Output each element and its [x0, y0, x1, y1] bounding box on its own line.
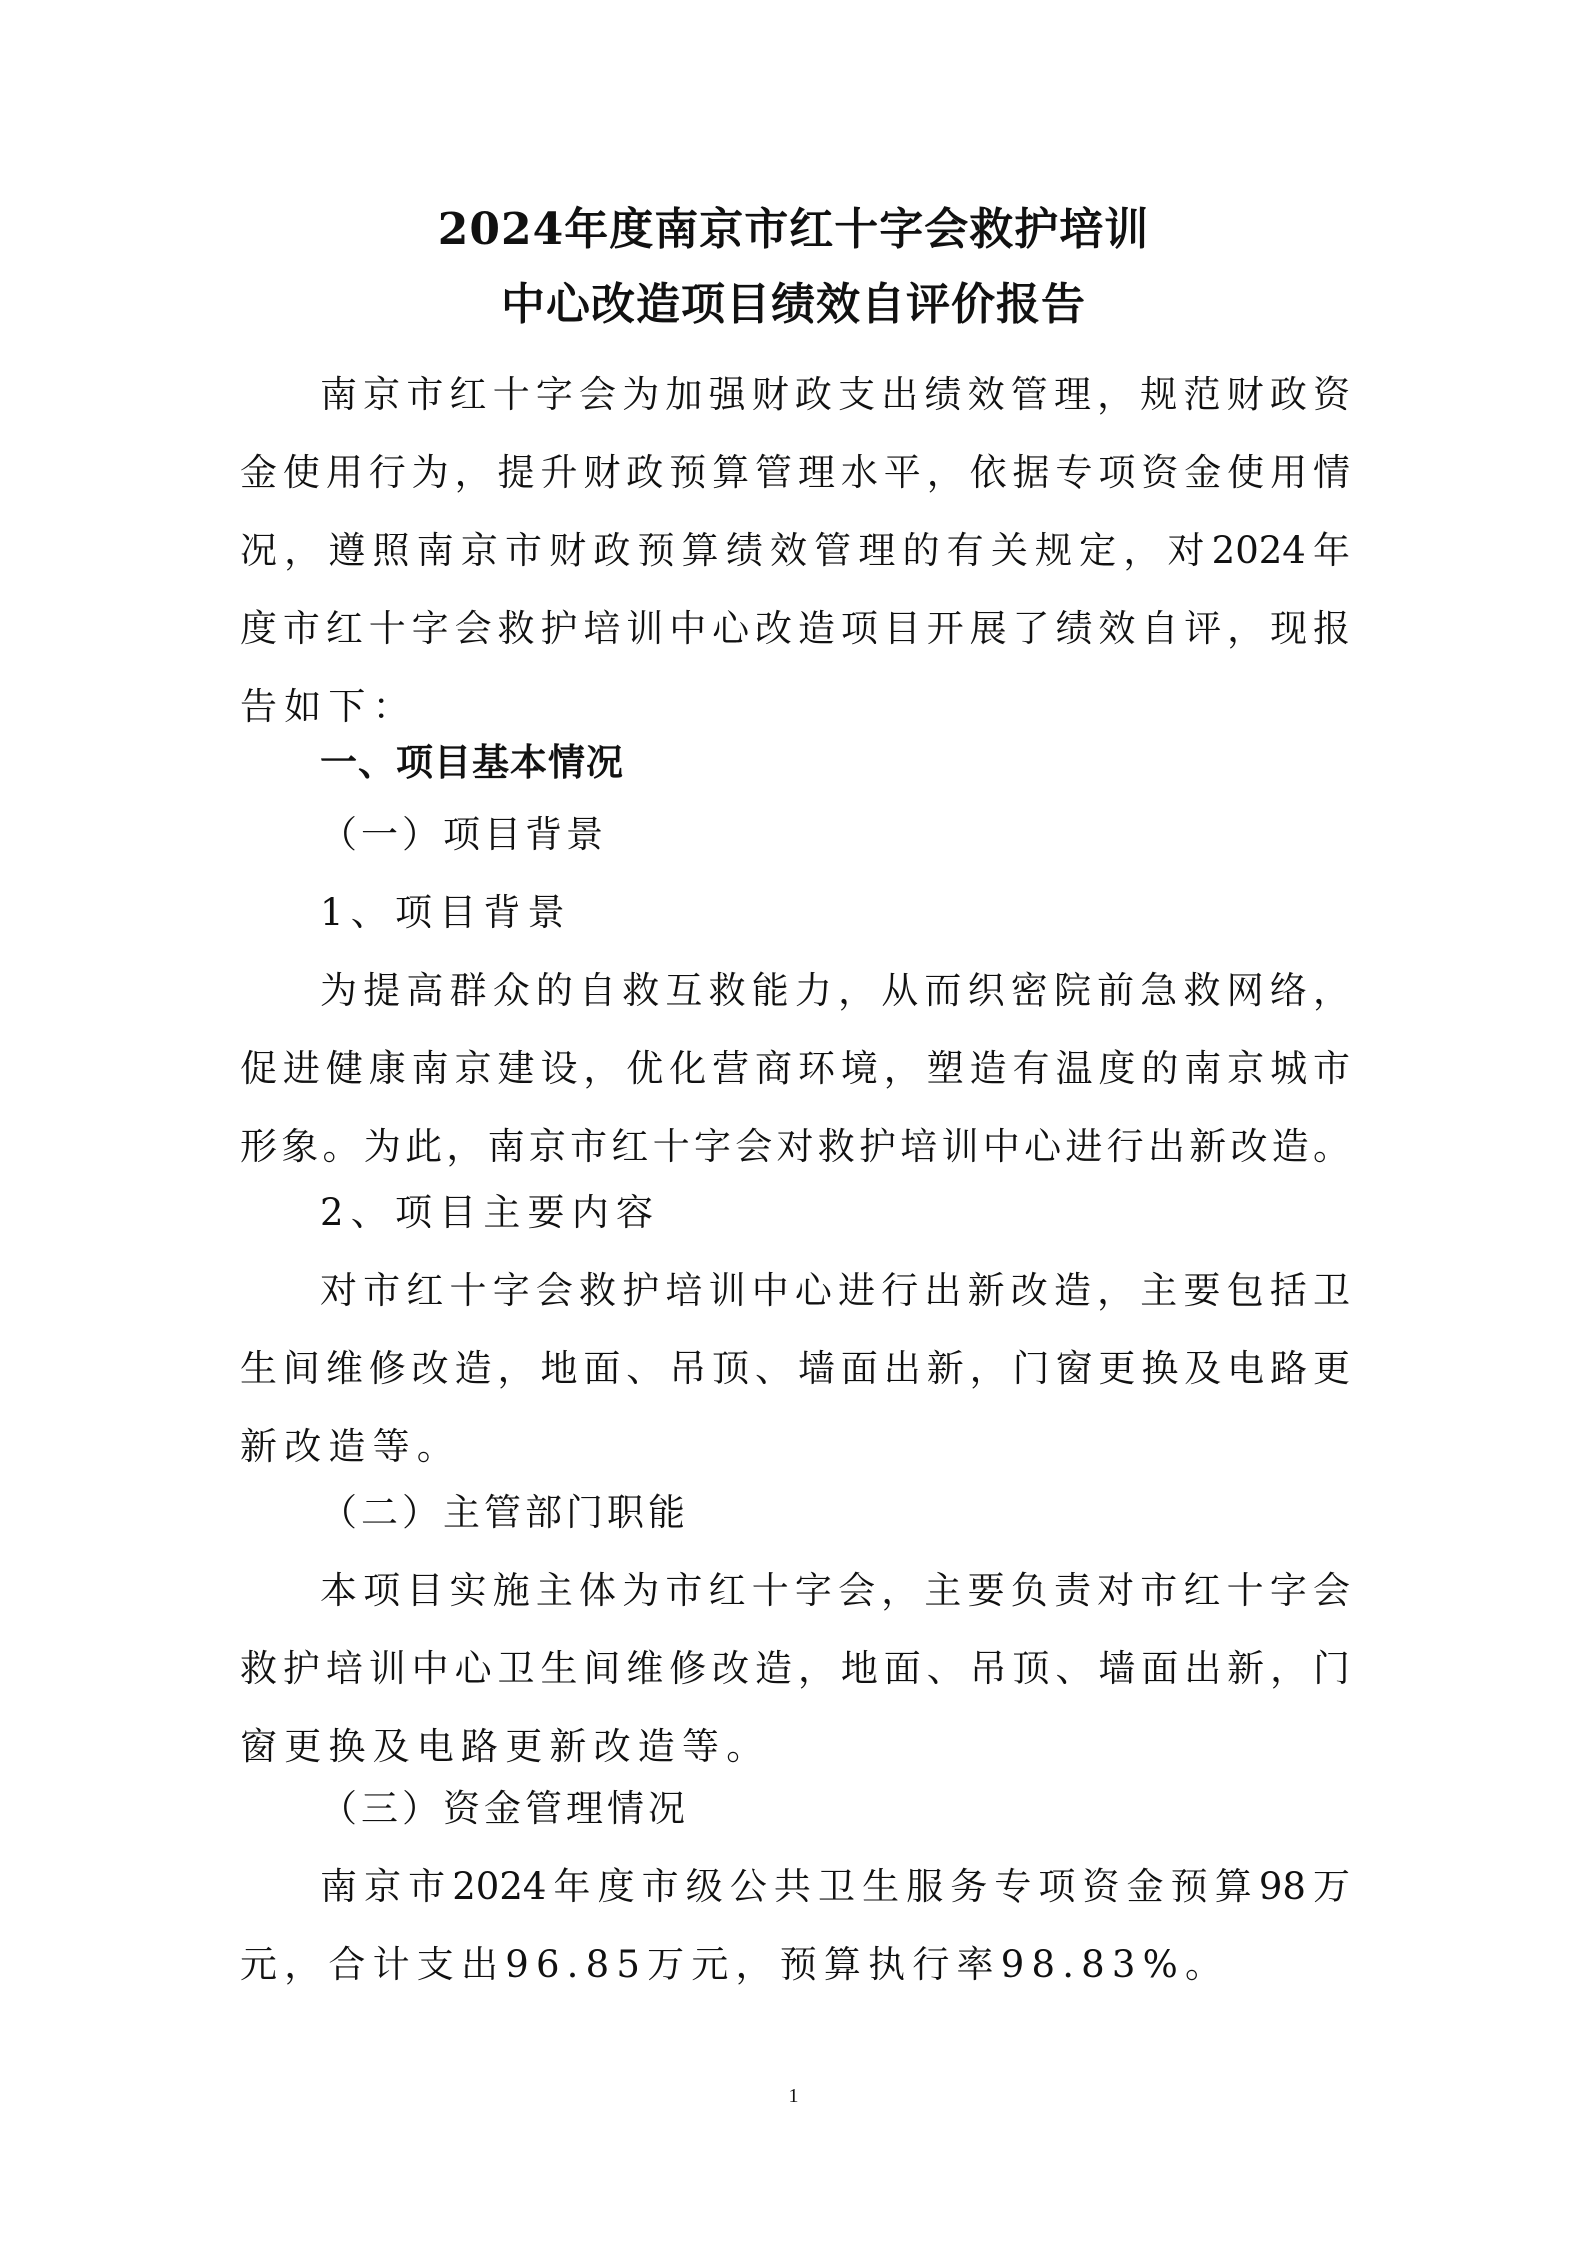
subsection-heading: （二）主管部门职能 [320, 1488, 1350, 1538]
body-paragraph-line: 形象。为此，南京市红十字会对救护培训中心进行出新改造。 [240, 1122, 1350, 1172]
body-paragraph-line: 窗更换及电路更新改造等。 [240, 1722, 1350, 1772]
body-paragraph-line: 新改造等。 [240, 1422, 1350, 1472]
body-paragraph-line: 元，合计支出96.85万元，预算执行率98.83%。 [240, 1940, 1350, 1990]
body-paragraph-line: 救护培训中心卫生间维修改造，地面、吊顶、墙面出新，门 [240, 1644, 1350, 1694]
document-title-line-2: 中心改造项目绩效自评价报告 [0, 275, 1587, 335]
intro-paragraph-line: 度市红十字会救护培训中心改造项目开展了绩效自评，现报 [240, 604, 1350, 654]
subsection-heading: （一）项目背景 [320, 810, 1350, 860]
body-paragraph-line: 对市红十字会救护培训中心进行出新改造，主要包括卫 [320, 1266, 1350, 1316]
intro-paragraph-line: 金使用行为，提升财政预算管理水平，依据专项资金使用情 [240, 448, 1350, 498]
body-paragraph-line: 南京市2024年度市级公共卫生服务专项资金预算98万 [320, 1862, 1350, 1912]
document-page: 2024年度南京市红十字会救护培训 中心改造项目绩效自评价报告 南京市红十字会为… [0, 0, 1587, 2245]
body-paragraph-line: 为提高群众的自救互救能力，从而织密院前急救网络， [320, 966, 1350, 1016]
body-paragraph-line: 促进健康南京建设，优化营商环境，塑造有温度的南京城市 [240, 1044, 1350, 1094]
item-heading: 1、项目背景 [320, 888, 1350, 938]
intro-paragraph-line: 况，遵照南京市财政预算绩效管理的有关规定，对2024年 [240, 526, 1350, 576]
document-title-line-1: 2024年度南京市红十字会救护培训 [0, 200, 1587, 260]
intro-paragraph-line: 告如下： [240, 682, 1350, 732]
body-paragraph-line: 生间维修改造，地面、吊顶、墙面出新，门窗更换及电路更 [240, 1344, 1350, 1394]
item-heading: 2、项目主要内容 [320, 1188, 1350, 1238]
page-number: 1 [0, 2085, 1587, 2108]
subsection-heading: （三）资金管理情况 [320, 1784, 1350, 1834]
body-paragraph-line: 本项目实施主体为市红十字会，主要负责对市红十字会 [320, 1566, 1350, 1616]
intro-paragraph-line: 南京市红十字会为加强财政支出绩效管理，规范财政资 [320, 370, 1350, 420]
section-heading: 一、项目基本情况 [320, 738, 1350, 788]
